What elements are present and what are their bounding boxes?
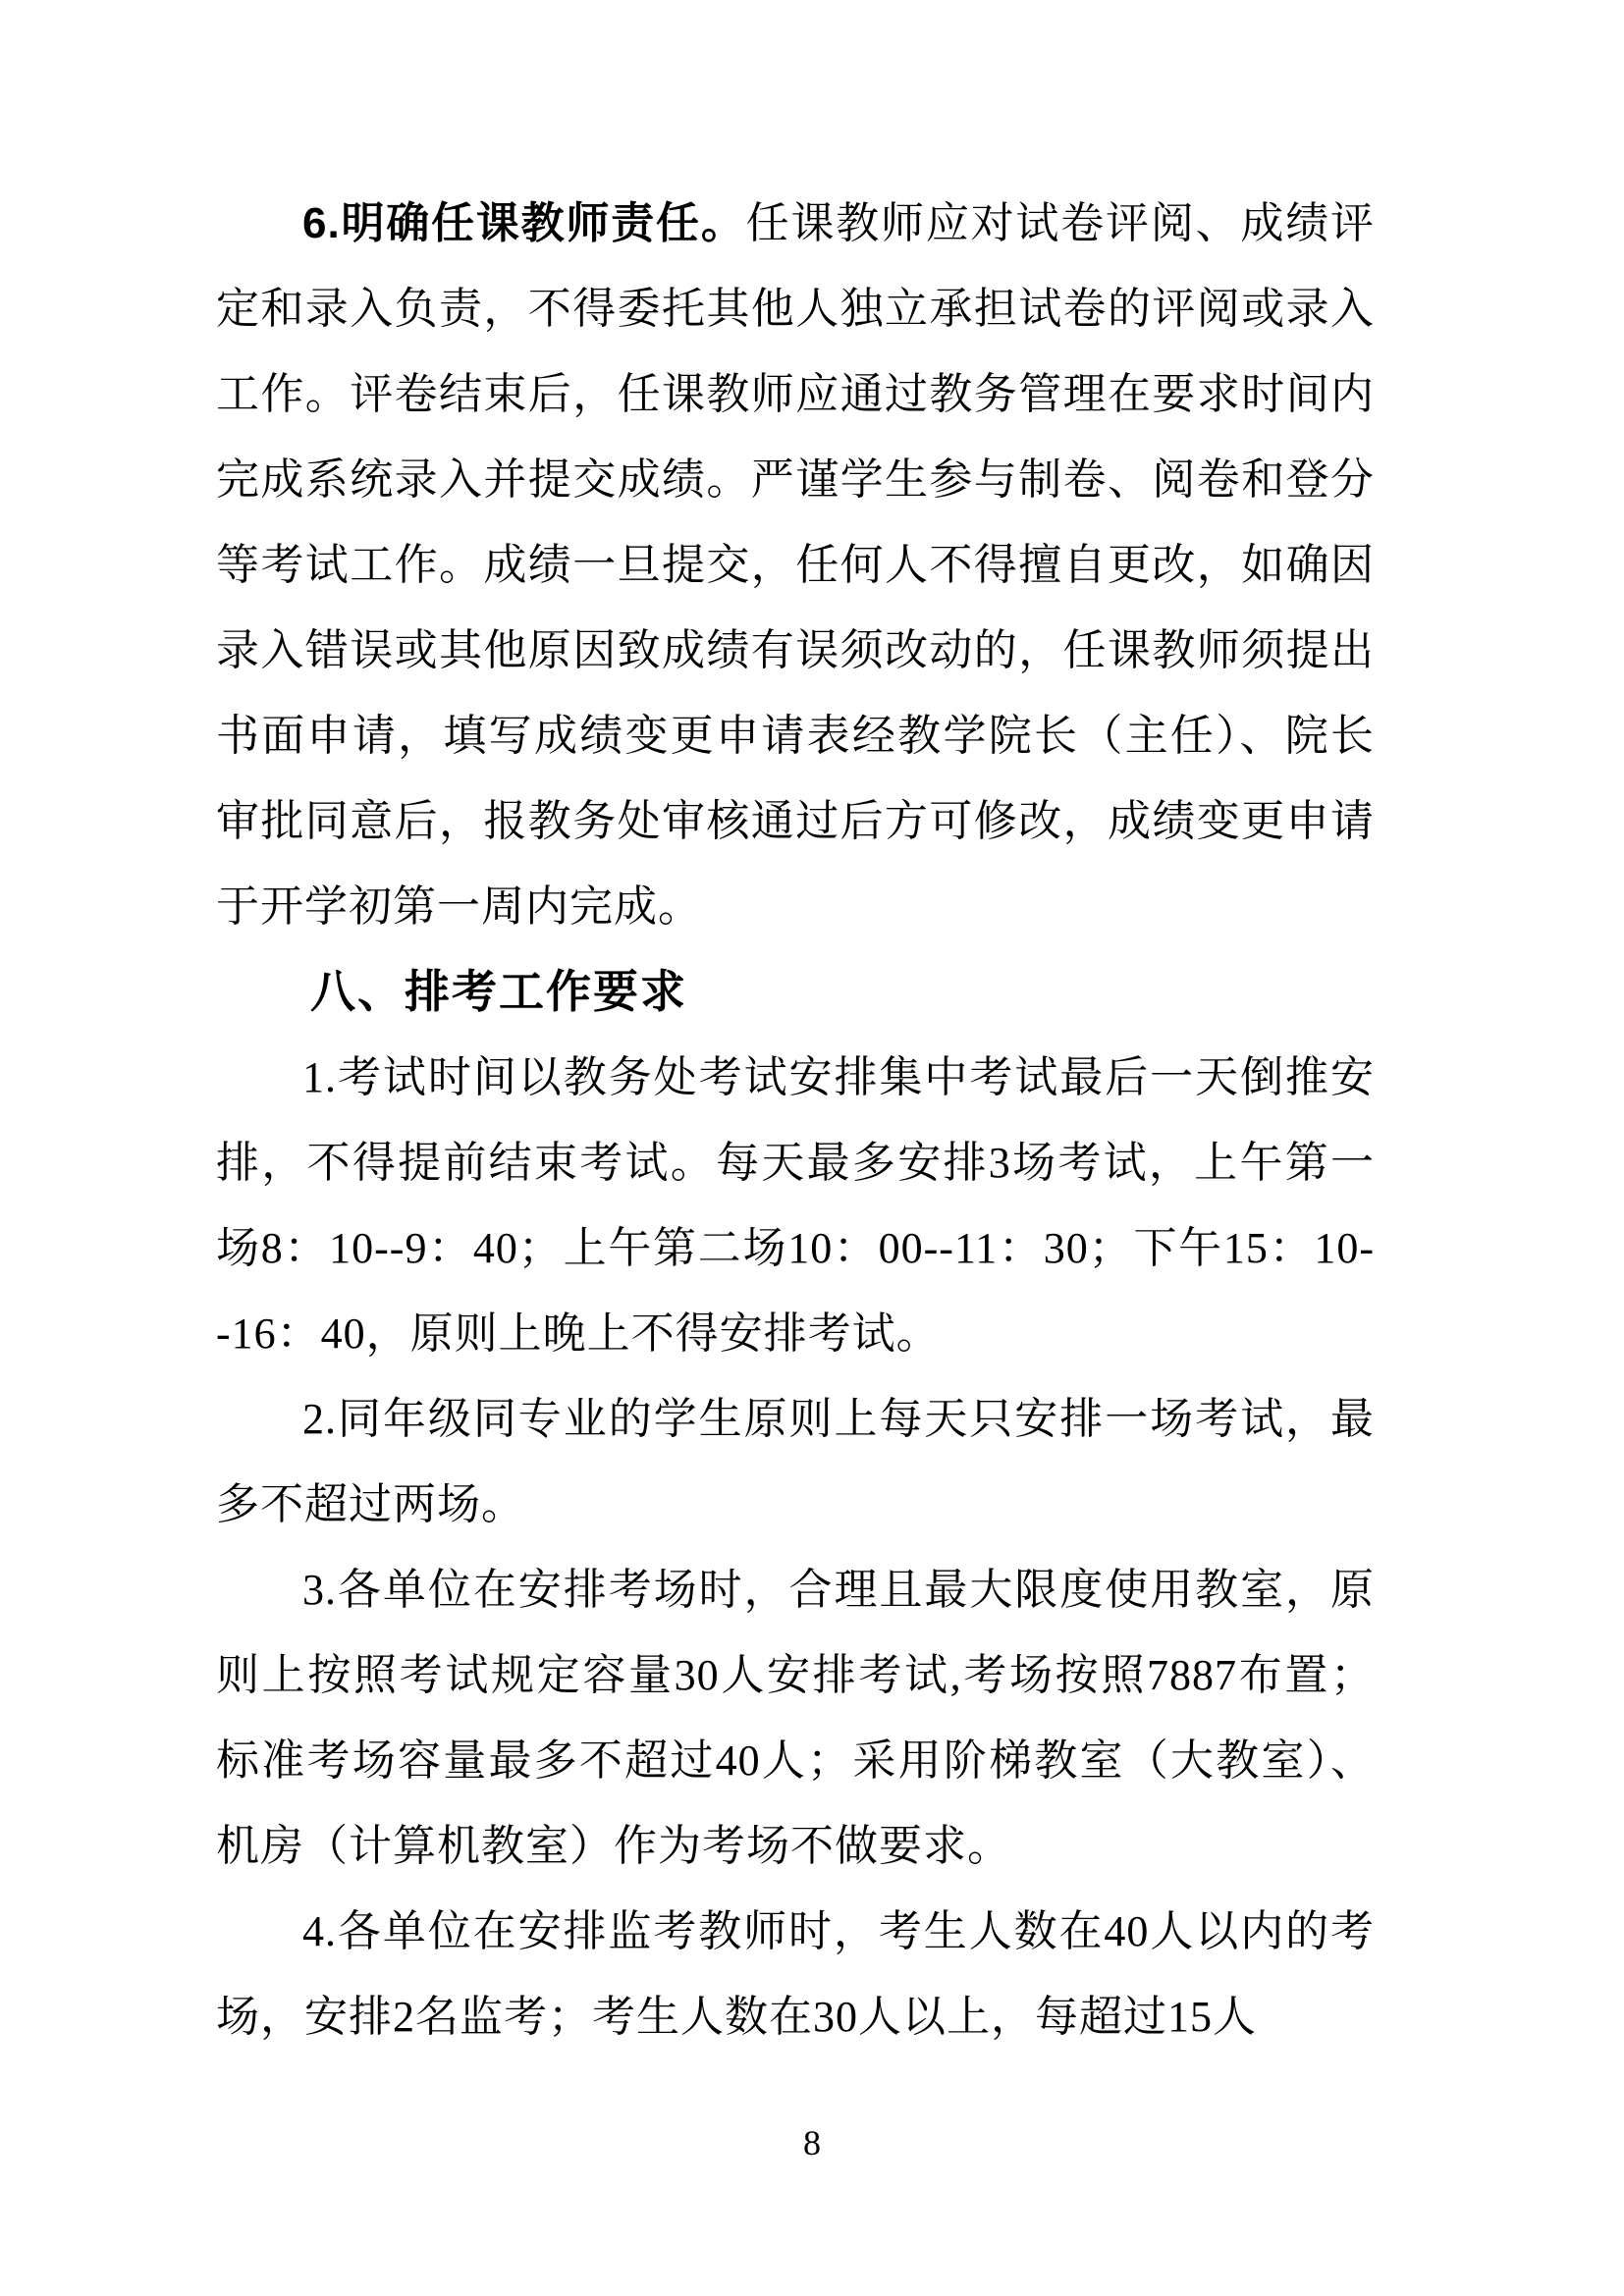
paragraph-exam-time: 1.考试时间以教务处考试安排集中考试最后一天倒推安排，不得提前结束考试。每天最多… — [216, 1035, 1375, 1376]
paragraph-invigilator-arrangement: 4.各单位在安排监考教师时，考生人数在40人以内的考场，安排2名监考；考生人数在… — [216, 1889, 1375, 2059]
document-body: 6.明确任课教师责任。任课教师应对试卷评阅、成绩评定和录入负责，不得委托其他人独… — [216, 181, 1375, 2059]
page-number: 8 — [0, 2118, 1624, 2167]
paragraph-same-grade-major: 2.同年级同专业的学生原则上每天只安排一场考试，最多不超过两场。 — [216, 1376, 1375, 1547]
paragraph-exam-room-arrangement: 3.各单位在安排考场时，合理且最大限度使用教室，原则上按照考试规定容量30人安排… — [216, 1547, 1375, 1889]
paragraph-lead-bold: 6.明确任课教师责任。 — [302, 199, 746, 247]
paragraph-teacher-responsibility: 6.明确任课教师责任。任课教师应对试卷评阅、成绩评定和录入负责，不得委托其他人独… — [216, 181, 1375, 949]
document-page: 6.明确任课教师责任。任课教师应对试卷评阅、成绩评定和录入负责，不得委托其他人独… — [0, 0, 1624, 2296]
section-heading-exam-scheduling: 八、排考工作要求 — [216, 949, 1375, 1035]
paragraph-body-text: 任课教师应对试卷评阅、成绩评定和录入负责，不得委托其他人独立承担试卷的评阅或录入… — [216, 199, 1375, 931]
